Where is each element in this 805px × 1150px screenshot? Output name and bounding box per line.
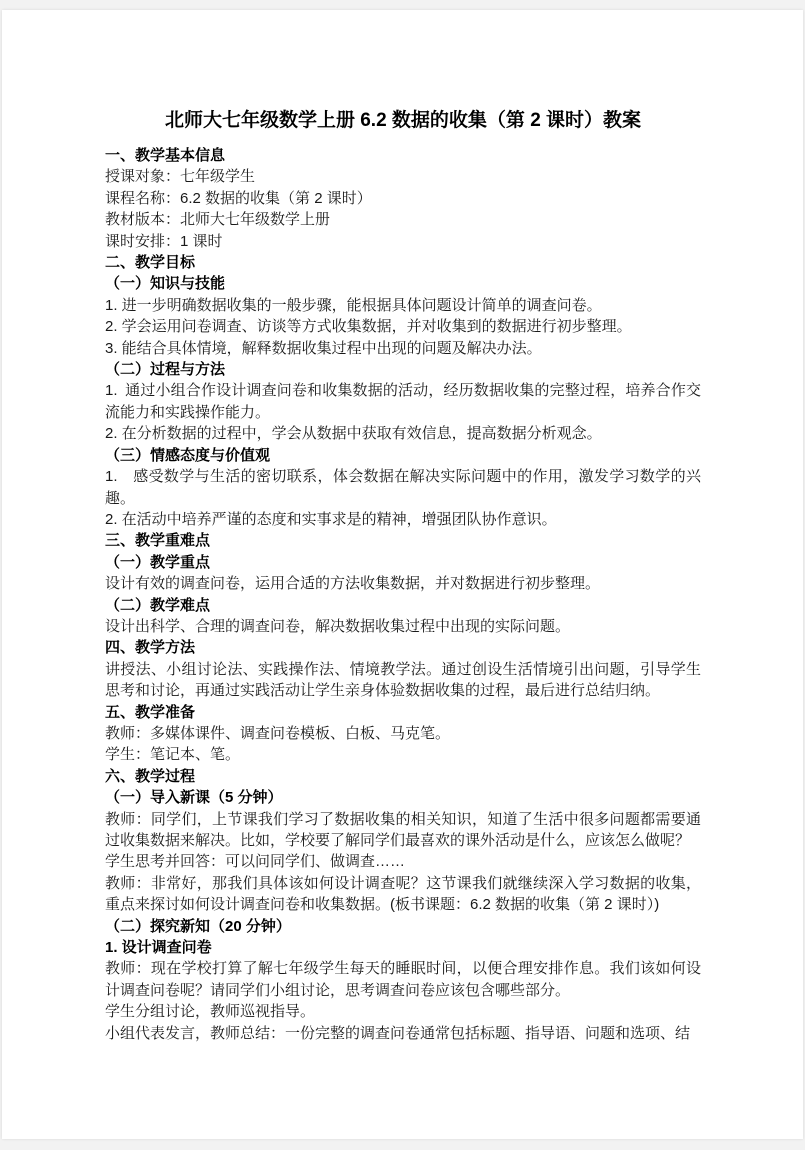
app-background: { "colors": { "background": "#f2f2f2", "… (0, 0, 805, 1150)
doc-title: 北师大七年级数学上册 6.2 数据的收集（第 2 课时）教案 (105, 107, 701, 134)
doc-paragraph: （一）教学重点 (105, 552, 701, 573)
doc-paragraph: 教师：现在学校打算了解七年级学生每天的睡眠时间，以便合理安排作息。我们该如何设计… (105, 958, 701, 1001)
doc-paragraph: 教师：非常好，那我们具体该如何设计调查呢？这节课我们就继续深入学习数据的收集，重… (105, 873, 701, 916)
doc-paragraph: 四、教学方法 (105, 637, 701, 658)
doc-paragraph: （二）过程与方法 (105, 359, 701, 380)
doc-paragraph: （二）探究新知（20 分钟） (105, 916, 701, 937)
doc-paragraph: 设计有效的调查问卷，运用合适的方法收集数据，并对数据进行初步整理。 (105, 573, 701, 594)
doc-paragraph: 1. 设计调查问卷 (105, 937, 701, 958)
doc-paragraph: 2. 在分析数据的过程中，学会从数据中获取有效信息，提高数据分析观念。 (105, 423, 701, 444)
doc-paragraph: （一）知识与技能 (105, 273, 701, 294)
doc-paragraph: （二）教学难点 (105, 595, 701, 616)
doc-paragraph: 1. 进一步明确数据收集的一般步骤，能根据具体问题设计简单的调查问卷。 (105, 295, 701, 316)
doc-paragraph: （一）导入新课（5 分钟） (105, 787, 701, 808)
doc-paragraph: 学生思考并回答：可以问同学们、做调查…… (105, 851, 701, 872)
doc-paragraph: 小组代表发言，教师总结：一份完整的调查问卷通常包括标题、指导语、问题和选项、结 (105, 1023, 701, 1044)
doc-paragraph: 教材版本：北师大七年级数学上册 (105, 209, 701, 230)
doc-paragraph: （三）情感态度与价值观 (105, 445, 701, 466)
doc-paragraph: 一、教学基本信息 (105, 145, 701, 166)
doc-paragraph: 1. 通过小组合作设计调查问卷和收集数据的活动，经历数据收集的完整过程，培养合作… (105, 380, 701, 423)
doc-paragraph: 课时安排：1 课时 (105, 231, 701, 252)
doc-paragraph: 讲授法、小组讨论法、实践操作法、情境教学法。通过创设生活情境引出问题，引导学生思… (105, 659, 701, 702)
doc-paragraph: 学生分组讨论，教师巡视指导。 (105, 1001, 701, 1022)
doc-paragraph: 2. 在活动中培养严谨的态度和实事求是的精神，增强团队协作意识。 (105, 509, 701, 530)
doc-paragraph: 六、教学过程 (105, 766, 701, 787)
doc-paragraph: 五、教学准备 (105, 702, 701, 723)
doc-paragraph: 教师：多媒体课件、调查问卷模板、白板、马克笔。 (105, 723, 701, 744)
doc-paragraph: 三、教学重难点 (105, 530, 701, 551)
doc-paragraph: 课程名称：6.2 数据的收集（第 2 课时） (105, 188, 701, 209)
doc-paragraph: 学生：笔记本、笔。 (105, 744, 701, 765)
doc-paragraph: 2. 学会运用问卷调查、访谈等方式收集数据，并对收集到的数据进行初步整理。 (105, 316, 701, 337)
doc-paragraph: 授课对象：七年级学生 (105, 166, 701, 187)
doc-paragraph: 二、教学目标 (105, 252, 701, 273)
doc-paragraph: 设计出科学、合理的调查问卷，解决数据收集过程中出现的实际问题。 (105, 616, 701, 637)
document-page: 北师大七年级数学上册 6.2 数据的收集（第 2 课时）教案 一、教学基本信息 … (2, 10, 803, 1139)
doc-paragraph: 教师：同学们，上节课我们学习了数据收集的相关知识，知道了生活中很多问题都需要通过… (105, 809, 701, 852)
doc-paragraph: 1. 感受数学与生活的密切联系，体会数据在解决实际问题中的作用，激发学习数学的兴… (105, 466, 701, 509)
doc-paragraph: 3. 能结合具体情境，解释数据收集过程中出现的问题及解决办法。 (105, 338, 701, 359)
